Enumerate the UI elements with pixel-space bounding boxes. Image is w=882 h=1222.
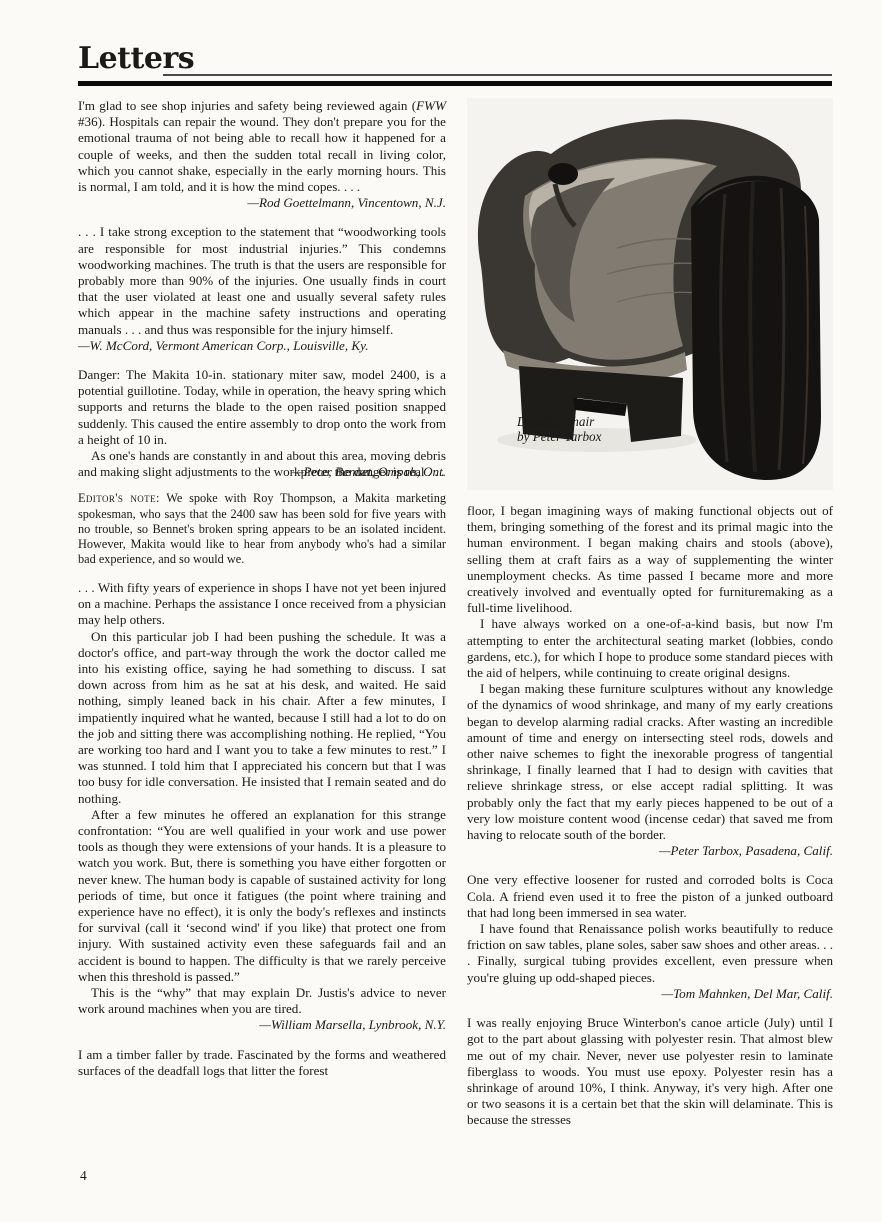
letter-canoe: I was really enjoying Bruce Winterbon's … — [467, 1015, 833, 1128]
letter-goettelmann: I'm glad to see shop injuries and safety… — [78, 98, 446, 211]
magazine-reference: FWW — [416, 98, 446, 113]
letter-text: I'm glad to see shop injuries and safety… — [78, 98, 416, 113]
letter-signature: —W. McCord, Vermont American Corp., Loui… — [78, 338, 446, 354]
photo-caption-line2: by Peter Tarbox — [517, 429, 602, 444]
letter-paragraph: This is the “why” that may explain Dr. J… — [78, 985, 446, 1017]
header-rule-thick — [78, 81, 832, 86]
magazine-page: Letters I'm glad to see shop injuries an… — [0, 0, 882, 1222]
letter-paragraph: Danger: The Makita 10-in. stationary mit… — [78, 367, 446, 448]
letter-tarbox-start: I am a timber faller by trade. Fascinate… — [78, 1047, 446, 1079]
letter-paragraph: I'm glad to see shop injuries and safety… — [78, 98, 446, 195]
letter-paragraph: floor, I began imagining ways of making … — [467, 503, 833, 616]
letter-tarbox-continued: floor, I began imagining ways of making … — [467, 503, 833, 859]
letter-signature: —William Marsella, Lynbrook, N.Y. — [78, 1017, 446, 1033]
editors-note-label: Editor's note: — [78, 491, 160, 505]
photo-caption-line1: Deadfall chair — [517, 414, 602, 429]
letter-mahnken: One very effective loosener for rusted a… — [467, 872, 833, 1002]
editors-note: Editor's note: We spoke with Roy Thompso… — [78, 491, 446, 566]
page-title: Letters — [78, 44, 194, 74]
header-rule-thin — [163, 74, 832, 76]
letter-paragraph: On this particular job I had been pushin… — [78, 629, 446, 807]
letter-signature: —Tom Mahnken, Del Mar, Calif. — [467, 986, 833, 1002]
letter-paragraph: I began making these furniture sculpture… — [467, 681, 833, 843]
letter-signature: —Rod Goettelmann, Vincentown, N.J. — [78, 195, 446, 211]
letter-paragraph: I am a timber faller by trade. Fascinate… — [78, 1047, 446, 1079]
page-number: 4 — [80, 1168, 87, 1184]
right-column: Deadfall chair by Peter Tarbox floor, I … — [467, 98, 833, 1129]
letter-paragraph: I have found that Renaissance polish wor… — [467, 921, 833, 986]
letter-mccord: . . . I take strong exception to the sta… — [78, 224, 446, 354]
photo-caption: Deadfall chair by Peter Tarbox — [517, 414, 602, 445]
letter-paragraph: After a few minutes he offered an explan… — [78, 807, 446, 985]
letter-paragraph: . . . With fifty years of experience in … — [78, 580, 446, 629]
letter-paragraph: One very effective loosener for rusted a… — [467, 872, 833, 921]
letter-paragraph: . . . I take strong exception to the sta… — [78, 224, 446, 337]
deadfall-chair-photo: Deadfall chair by Peter Tarbox — [467, 98, 833, 490]
left-column: I'm glad to see shop injuries and safety… — [78, 98, 446, 1079]
letter-marsella: . . . With fifty years of experience in … — [78, 580, 446, 1034]
letter-bennet: Danger: The Makita 10-in. stationary mit… — [78, 367, 446, 480]
letter-paragraph: I have always worked on a one-of-a-kind … — [467, 616, 833, 681]
letter-text: #36). Hospitals can repair the wound. Th… — [78, 114, 446, 194]
letter-signature: —Peter Tarbox, Pasadena, Calif. — [467, 843, 833, 859]
letter-paragraph: I was really enjoying Bruce Winterbon's … — [467, 1015, 833, 1128]
